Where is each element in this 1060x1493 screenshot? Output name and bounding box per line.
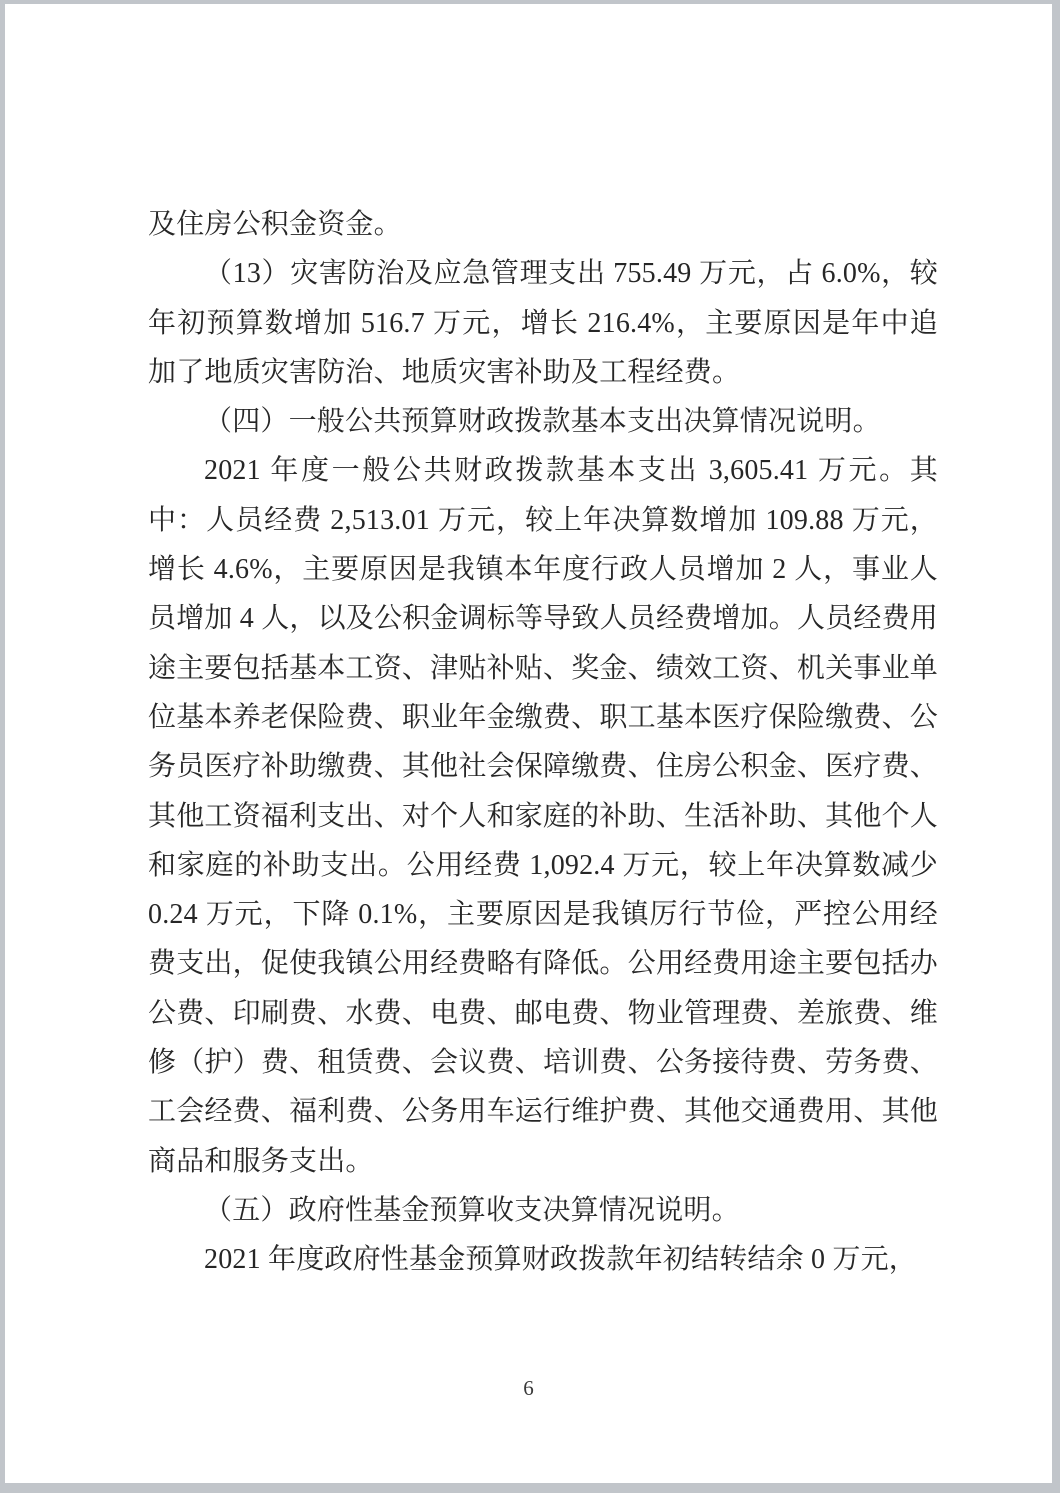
- document-background: { "document": { "type": "scanned-financi…: [0, 0, 1060, 1493]
- document-page: 及住房公积金资金。 （13）灾害防治及应急管理支出 755.49 万元，占 6.…: [5, 4, 1052, 1483]
- paragraph: 2021 年度一般公共财政拨款基本支出 3,605.41 万元。其中：人员经费 …: [148, 446, 938, 1185]
- paragraph: （13）灾害防治及应急管理支出 755.49 万元，占 6.0%，较年初预算数增…: [148, 249, 938, 397]
- page-body-text: 及住房公积金资金。 （13）灾害防治及应急管理支出 755.49 万元，占 6.…: [148, 200, 938, 1285]
- paragraph: 及住房公积金资金。: [148, 200, 938, 249]
- page-number: 6: [5, 1376, 1052, 1401]
- paragraph: 2021 年度政府性基金预算财政拨款年初结转结余 0 万元，: [148, 1235, 938, 1284]
- section-heading: （五）政府性基金预算收支决算情况说明。: [148, 1186, 938, 1235]
- section-heading: （四）一般公共预算财政拨款基本支出决算情况说明。: [148, 397, 938, 446]
